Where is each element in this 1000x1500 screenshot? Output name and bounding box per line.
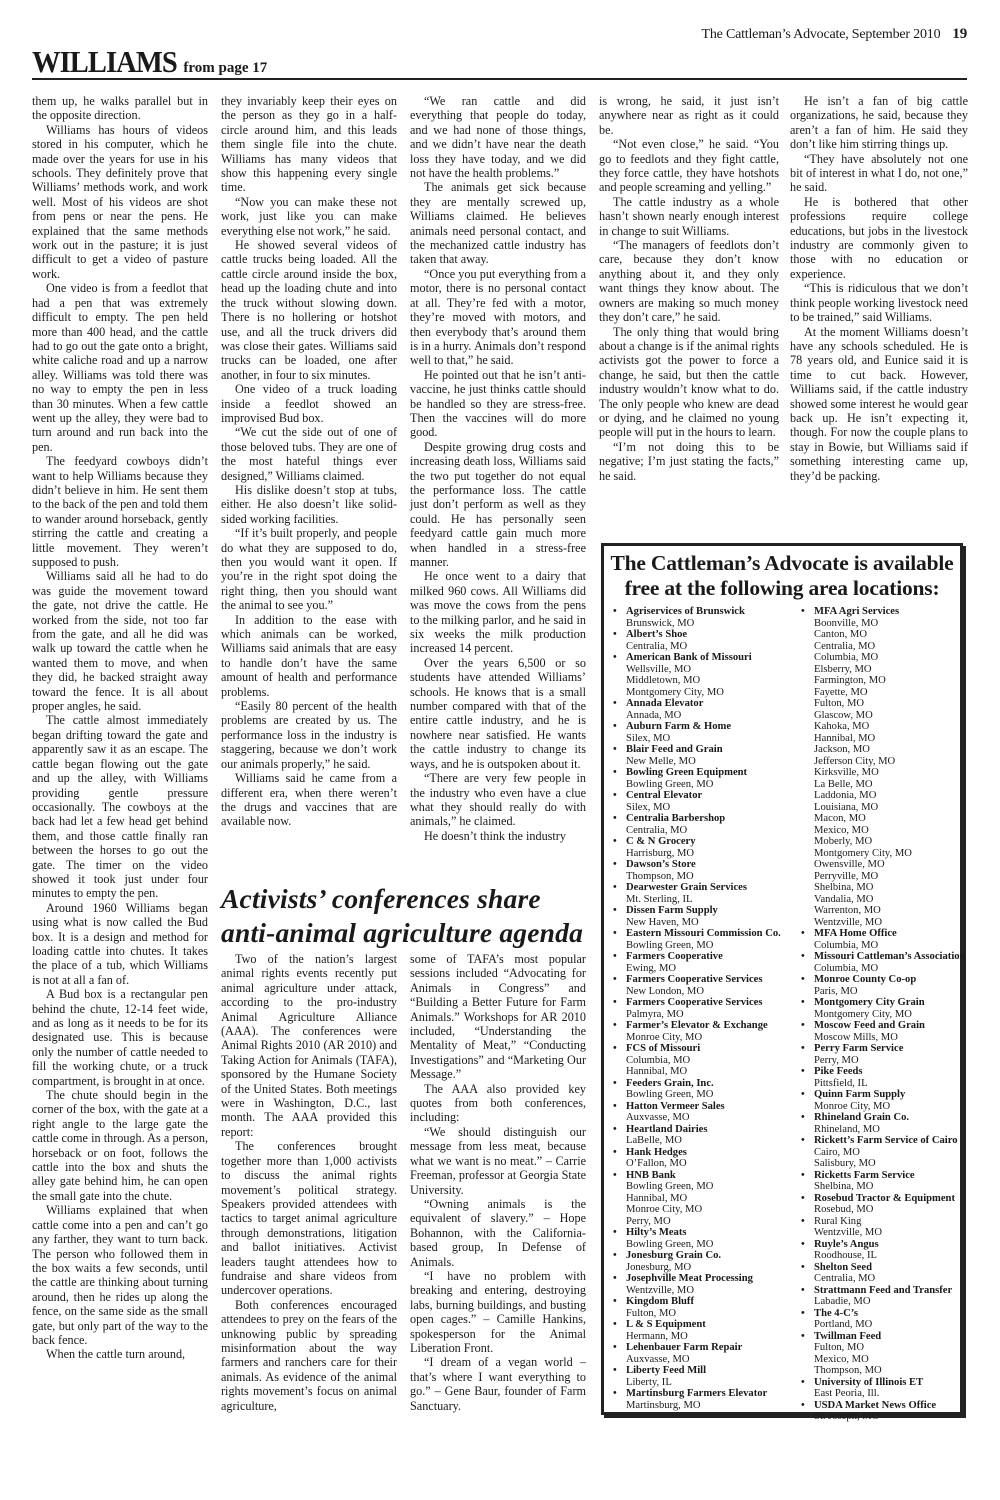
location-item: •Bowling Green EquipmentBowling Green, M… xyxy=(612,767,792,790)
location-name: Blair Feed and Grain xyxy=(626,744,723,755)
location-item: •Moscow Feed and GrainMoscow Mills, MO xyxy=(800,1020,970,1043)
location-item: •Kingdom BluffFulton, MO xyxy=(612,1296,792,1319)
location-city: Annada, MO xyxy=(626,710,792,722)
paragraph: He is bothered that other professions re… xyxy=(790,195,968,281)
paragraph: Around 1960 Williams began using what is… xyxy=(32,901,208,987)
location-city: Rhineland, MO xyxy=(814,1124,970,1136)
location-item: •HNB BankBowling Green, MOHannibal, MOMo… xyxy=(612,1170,792,1228)
paragraph: them up, he walks parallel but in the op… xyxy=(32,94,208,123)
bullet-icon: • xyxy=(801,1170,805,1182)
paragraph: A Bud box is a rectangular pen behind th… xyxy=(32,987,208,1088)
location-city: Owensville, MO xyxy=(814,859,970,871)
location-name: Eastern Missouri Commission Co. xyxy=(626,928,781,939)
location-item: •Jonesburg Grain Co.Jonesburg, MO xyxy=(612,1250,792,1273)
paragraph: The AAA also provided key quotes from bo… xyxy=(410,1082,586,1125)
location-city: Vandalia, MO xyxy=(814,894,970,906)
location-city: Columbia, MO xyxy=(814,963,970,975)
location-name: Bowling Green Equipment xyxy=(626,767,747,778)
location-name: Hilty’s Meats xyxy=(626,1227,687,1238)
paragraph: Two of the nation’s largest animal right… xyxy=(221,952,397,1139)
location-city: Centralia, MO xyxy=(626,641,792,653)
location-name: MFA Home Office xyxy=(814,928,897,939)
location-item: •Josephville Meat ProcessingWentzville, … xyxy=(612,1273,792,1296)
bullet-icon: • xyxy=(801,974,805,986)
bullet-icon: • xyxy=(613,1078,617,1090)
location-city: Boonville, MO xyxy=(814,618,970,630)
location-city: Roodhouse, IL xyxy=(814,1250,970,1262)
location-name: Hatton Vermeer Sales xyxy=(626,1101,725,1112)
location-city: Cairo, MO xyxy=(814,1147,970,1159)
bullet-icon: • xyxy=(801,1043,805,1055)
location-city: Labadie, MO xyxy=(814,1296,970,1308)
location-city: Macon, MO xyxy=(814,813,970,825)
paragraph: One video is from a feedlot that had a p… xyxy=(32,281,208,454)
bullet-icon: • xyxy=(613,1124,617,1136)
location-item: •Farmers Cooperative ServicesNew London,… xyxy=(612,974,792,997)
location-city: Perry, MO xyxy=(626,1216,792,1228)
location-city: Jefferson City, MO xyxy=(814,756,970,768)
bullet-icon: • xyxy=(801,1308,805,1320)
location-name: Rhineland Grain Co. xyxy=(814,1112,909,1123)
paragraph: “Easily 80 percent of the health problem… xyxy=(221,699,397,771)
locations-list-left: •Agriservices of BrunswickBrunswick, MO•… xyxy=(612,606,792,1411)
bullet-icon: • xyxy=(801,1216,805,1228)
location-item: •Farmer’s Elevator & ExchangeMonroe City… xyxy=(612,1020,792,1043)
location-city: Laddonia, MO xyxy=(814,790,970,802)
location-city: Kirksville, MO xyxy=(814,767,970,779)
location-item: •Liberty Feed MillLiberty, IL xyxy=(612,1365,792,1388)
location-item: •Shelton SeedCentralia, MO xyxy=(800,1262,970,1285)
location-name: Martinsburg Farmers Elevator xyxy=(626,1388,767,1399)
location-item: •Dearwester Grain ServicesMt. Sterling, … xyxy=(612,882,792,905)
bullet-icon: • xyxy=(613,1250,617,1262)
location-name: Dissen Farm Supply xyxy=(626,905,718,916)
location-name: Auburn Farm & Home xyxy=(626,721,731,732)
location-name: Jonesburg Grain Co. xyxy=(626,1250,721,1261)
location-name: Perry Farm Service xyxy=(814,1043,903,1054)
paragraph: He pointed out that he isn’t anti-vaccin… xyxy=(410,368,586,440)
location-city: Perry, MO xyxy=(814,1055,970,1067)
location-city: Centralia, MO xyxy=(626,825,792,837)
location-name: Twillman Feed xyxy=(814,1331,881,1342)
location-city: Montgomery City, MO xyxy=(814,1009,970,1021)
location-city: Bowling Green, MO xyxy=(626,1181,792,1193)
location-name: Kingdom Bluff xyxy=(626,1296,694,1307)
paragraph: The feedyard cowboys didn’t want to help… xyxy=(32,454,208,569)
bullet-icon: • xyxy=(801,1400,805,1412)
paragraph: is wrong, he said, it just isn’t anywher… xyxy=(599,94,779,137)
location-city: Auxvasse, MO xyxy=(626,1112,792,1124)
location-name: Moscow Feed and Grain xyxy=(814,1020,925,1031)
location-city: Palmyra, MO xyxy=(626,1009,792,1021)
activists-column-2: some of TAFA’s most popular sessions inc… xyxy=(410,952,586,1413)
bullet-icon: • xyxy=(801,1135,805,1147)
bullet-icon: • xyxy=(801,1262,805,1274)
location-item: •Albert’s ShoeCentralia, MO xyxy=(612,629,792,652)
location-name: Quinn Farm Supply xyxy=(814,1089,905,1100)
location-item: •University of Illinois ETEast Peoria, I… xyxy=(800,1377,970,1400)
location-city: Warrenton, MO xyxy=(814,905,970,917)
bullet-icon: • xyxy=(613,1319,617,1331)
location-city: Thompson, MO xyxy=(814,1365,970,1377)
paragraph: “The managers of feedlots don’t care, be… xyxy=(599,238,779,324)
paragraph: The cattle industry as a whole hasn’t sh… xyxy=(599,195,779,238)
paragraph: Williams said all he had to do was guide… xyxy=(32,569,208,713)
location-name: Monroe County Co-op xyxy=(814,974,916,985)
headline-line-1: Activists’ conferences share xyxy=(221,882,591,916)
location-item: •MFA Home OfficeColumbia, MO xyxy=(800,928,970,951)
paragraph: His dislike doesn’t stop at tubs, either… xyxy=(221,483,397,526)
location-city: New London, MO xyxy=(626,986,792,998)
header-rule xyxy=(32,78,967,80)
page-folio: The Cattleman’s Advocate, September 2010… xyxy=(702,26,968,43)
location-city: Thompson, MO xyxy=(626,871,792,883)
location-item: •C & N GroceryHarrisburg, MO xyxy=(612,836,792,859)
location-item: •Montgomery City GrainMontgomery City, M… xyxy=(800,997,970,1020)
bullet-icon: • xyxy=(613,767,617,779)
location-city: O’Fallon, MO xyxy=(626,1158,792,1170)
location-name: Josephville Meat Processing xyxy=(626,1273,753,1284)
location-item: •Lehenbauer Farm RepairAuxvasse, MO xyxy=(612,1342,792,1365)
location-city: Bowling Green, MO xyxy=(626,779,792,791)
bullet-icon: • xyxy=(801,1285,805,1297)
location-item: •Pike FeedsPittsfield, IL xyxy=(800,1066,970,1089)
location-city: Fulton, MO xyxy=(814,1342,970,1354)
location-name: University of Illinois ET xyxy=(814,1377,923,1388)
paragraph: “We should distinguish our message from … xyxy=(410,1125,586,1197)
continuation-slug: WILLIAMS from page 17 xyxy=(32,44,267,80)
bullet-icon: • xyxy=(613,652,617,664)
location-name: Agriservices of Brunswick xyxy=(626,606,745,617)
location-item: •Martinsburg Farmers ElevatorMartinsburg… xyxy=(612,1388,792,1411)
location-name: Annada Elevator xyxy=(626,698,703,709)
location-city: Columbia, MO xyxy=(626,1055,792,1067)
bullet-icon: • xyxy=(613,1020,617,1032)
location-item: •Twillman FeedFulton, MOMexico, MOThomps… xyxy=(800,1331,970,1377)
paragraph: He isn’t a fan of big cattle organizatio… xyxy=(790,94,968,152)
bullet-icon: • xyxy=(613,1342,617,1354)
page-number: 19 xyxy=(952,26,967,42)
paragraph: He doesn’t think the industry xyxy=(410,829,586,843)
location-item: •Dissen Farm SupplyNew Haven, MO xyxy=(612,905,792,928)
location-city: Canton, MO xyxy=(814,629,970,641)
paragraph: “If it’s built properly, and people do w… xyxy=(221,526,397,612)
location-name: Liberty Feed Mill xyxy=(626,1365,706,1376)
bullet-icon: • xyxy=(613,1101,617,1113)
location-city: Wentzville, MO xyxy=(814,917,970,929)
bullet-icon: • xyxy=(613,882,617,894)
location-item: •MFA Agri ServicesBoonville, MOCanton, M… xyxy=(800,606,970,928)
location-city: Fulton, MO xyxy=(814,698,970,710)
paragraph: When the cattle turn around, xyxy=(32,1347,208,1361)
location-name: Centralia Barbershop xyxy=(626,813,725,824)
paragraph: Williams explained that when cattle come… xyxy=(32,1203,208,1347)
paragraph: “They have absolutely not one bit of int… xyxy=(790,152,968,195)
location-city: Liberty, IL xyxy=(626,1377,792,1389)
locations-box: The Cattleman’s Advocate is available fr… xyxy=(601,543,963,1415)
location-city: Moscow Mills, MO xyxy=(814,1032,970,1044)
location-name: Shelton Seed xyxy=(814,1262,872,1273)
article-column-2: they invariably keep their eyes on the p… xyxy=(221,94,397,829)
location-city: Hannibal, MO xyxy=(626,1193,792,1205)
location-city: Shelbina, MO xyxy=(814,1181,970,1193)
location-name: Strattmann Feed and Transfer xyxy=(814,1285,952,1296)
publication-name: The Cattleman’s Advocate, September 2010 xyxy=(702,27,941,42)
location-name: Missouri Cattleman’s Association xyxy=(814,951,965,962)
location-item: •Annada ElevatorAnnada, MO xyxy=(612,698,792,721)
location-city: Rosebud, MO xyxy=(814,1204,970,1216)
bullet-icon: • xyxy=(613,1388,617,1400)
paragraph: The only thing that would bring about a … xyxy=(599,325,779,440)
bullet-icon: • xyxy=(613,698,617,710)
bullet-icon: • xyxy=(613,905,617,917)
bullet-icon: • xyxy=(801,928,805,940)
locations-title-line-1: The Cattleman’s Advocate is available xyxy=(604,551,960,576)
location-item: •Hank HedgesO’Fallon, MO xyxy=(612,1147,792,1170)
bullet-icon: • xyxy=(613,836,617,848)
paragraph: they invariably keep their eyes on the p… xyxy=(221,94,397,195)
article-column-1: them up, he walks parallel but in the op… xyxy=(32,94,208,1362)
location-city: Harrisburg, MO xyxy=(626,848,792,860)
location-city: Monroe City, MO xyxy=(626,1032,792,1044)
paragraph: some of TAFA’s most popular sessions inc… xyxy=(410,952,586,1082)
location-city: LaBelle, MO xyxy=(626,1135,792,1147)
locations-list-right: •MFA Agri ServicesBoonville, MOCanton, M… xyxy=(800,606,970,1423)
bullet-icon: • xyxy=(613,1227,617,1239)
location-city: Shelbina, MO xyxy=(814,882,970,894)
location-city: Monroe City, MO xyxy=(626,1204,792,1216)
bullet-icon: • xyxy=(801,1193,805,1205)
bullet-icon: • xyxy=(801,1239,805,1251)
bullet-icon: • xyxy=(613,997,617,1009)
location-item: •Quinn Farm SupplyMonroe City, MO xyxy=(800,1089,970,1112)
bullet-icon: • xyxy=(613,1170,617,1182)
location-city: Fulton, MO xyxy=(626,1308,792,1320)
location-city: Jackson, MO xyxy=(814,744,970,756)
location-city: Auxvasse, MO xyxy=(626,1354,792,1366)
paragraph: The animals get sick because they are me… xyxy=(410,180,586,266)
bullet-icon: • xyxy=(613,974,617,986)
location-city: Silex, MO xyxy=(626,733,792,745)
location-item: •USDA Market News OfficeSt. Joseph, MO xyxy=(800,1400,970,1423)
location-name: American Bank of Missouri xyxy=(626,652,752,663)
location-name: Dawson’s Store xyxy=(626,859,696,870)
location-city: Wentzville, MO xyxy=(814,1227,970,1239)
location-name: Ricketts Farm Service xyxy=(814,1170,915,1181)
location-name: L & S Equipment xyxy=(626,1319,706,1330)
location-city: New Melle, MO xyxy=(626,756,792,768)
location-city: Silex, MO xyxy=(626,802,792,814)
location-city: Mexico, MO xyxy=(814,825,970,837)
location-city: New Haven, MO xyxy=(626,917,792,929)
location-city: Brunswick, MO xyxy=(626,618,792,630)
location-name: Rosebud Tractor & Equipment xyxy=(814,1193,955,1204)
location-item: •American Bank of MissouriWellsville, MO… xyxy=(612,652,792,698)
bullet-icon: • xyxy=(613,813,617,825)
location-city: Hannibal, MO xyxy=(814,733,970,745)
location-city: Martinsburg, MO xyxy=(626,1400,792,1412)
location-city: Mexico, MO xyxy=(814,1354,970,1366)
paragraph: Williams said he came from a different e… xyxy=(221,771,397,829)
paragraph: At the moment Williams doesn’t have any … xyxy=(790,325,968,483)
location-name: Montgomery City Grain xyxy=(814,997,925,1008)
bullet-icon: • xyxy=(613,744,617,756)
paragraph: “Not even close,” he said. “You go to fe… xyxy=(599,137,779,195)
bullet-icon: • xyxy=(801,997,805,1009)
location-item: •Central ElevatorSilex, MO xyxy=(612,790,792,813)
location-city: Monroe City, MO xyxy=(814,1101,970,1113)
location-name: Dearwester Grain Services xyxy=(626,882,747,893)
location-city: Moberly, MO xyxy=(814,836,970,848)
location-item: •Hatton Vermeer SalesAuxvasse, MO xyxy=(612,1101,792,1124)
locations-title: The Cattleman’s Advocate is available fr… xyxy=(604,551,960,601)
paragraph: One video of a truck loading inside a fe… xyxy=(221,382,397,425)
location-name: Albert’s Shoe xyxy=(626,629,687,640)
location-city: Mt. Sterling, IL xyxy=(626,894,792,906)
bullet-icon: • xyxy=(801,1331,805,1343)
location-name: Rural King xyxy=(814,1216,861,1227)
slug-title: WILLIAMS xyxy=(32,44,177,80)
location-city: East Peoria, Ill. xyxy=(814,1388,970,1400)
article-headline: Activists’ conferences share anti-animal… xyxy=(221,882,591,950)
location-name: Feeders Grain, Inc. xyxy=(626,1078,714,1089)
paragraph: Williams has hours of videos stored in h… xyxy=(32,123,208,281)
location-item: •FCS of MissouriColumbia, MOHannibal, MO xyxy=(612,1043,792,1078)
location-city: Middletown, MO xyxy=(626,675,792,687)
location-name: Pike Feeds xyxy=(814,1066,863,1077)
bullet-icon: • xyxy=(801,1020,805,1032)
location-city: Wellsville, MO xyxy=(626,664,792,676)
bullet-icon: • xyxy=(613,1365,617,1377)
paragraph: “I dream of a vegan world – that’s where… xyxy=(410,1355,586,1413)
location-city: La Belle, MO xyxy=(814,779,970,791)
location-name: FCS of Missouri xyxy=(626,1043,700,1054)
paragraph: He once went to a dairy that milked 960 … xyxy=(410,569,586,655)
article-column-5: He isn’t a fan of big cattle organizatio… xyxy=(790,94,968,483)
location-name: Ruyle’s Angus xyxy=(814,1239,879,1250)
location-item: •Heartland DairiesLaBelle, MO xyxy=(612,1124,792,1147)
paragraph: The cattle almost immediately began drif… xyxy=(32,713,208,900)
location-item: •Eastern Missouri Commission Co.Bowling … xyxy=(612,928,792,951)
location-item: •Rural KingWentzville, MO xyxy=(800,1216,970,1239)
location-city: Louisiana, MO xyxy=(814,802,970,814)
bullet-icon: • xyxy=(613,1147,617,1159)
bullet-icon: • xyxy=(613,859,617,871)
paragraph: He showed several videos of cattle truck… xyxy=(221,238,397,382)
location-item: •Blair Feed and GrainNew Melle, MO xyxy=(612,744,792,767)
location-name: Hank Hedges xyxy=(626,1147,687,1158)
location-city: St. Joseph, MO xyxy=(814,1411,970,1423)
location-item: •Rickett’s Farm Service of CairoCairo, M… xyxy=(800,1135,970,1170)
location-item: •Auburn Farm & HomeSilex, MO xyxy=(612,721,792,744)
location-item: •Centralia BarbershopCentralia, MO xyxy=(612,813,792,836)
bullet-icon: • xyxy=(801,1066,805,1078)
location-city: Jonesburg, MO xyxy=(626,1262,792,1274)
paragraph: In addition to the ease with which anima… xyxy=(221,613,397,699)
paragraph: “Owning animals is the equivalent of sla… xyxy=(410,1197,586,1269)
location-item: •Missouri Cattleman’s AssociationColumbi… xyxy=(800,951,970,974)
paragraph: “Once you put everything from a motor, t… xyxy=(410,267,586,368)
location-city: Montgomery City, MO xyxy=(814,848,970,860)
location-item: •Farmers Cooperative ServicesPalmyra, MO xyxy=(612,997,792,1020)
location-name: Lehenbauer Farm Repair xyxy=(626,1342,742,1353)
location-item: •Farmers CooperativeEwing, MO xyxy=(612,951,792,974)
location-item: •Monroe County Co-opParis, MO xyxy=(800,974,970,997)
location-name: C & N Grocery xyxy=(626,836,696,847)
location-city: Centralia, MO xyxy=(814,641,970,653)
location-city: Elsberry, MO xyxy=(814,664,970,676)
activists-column-1: Two of the nation’s largest animal right… xyxy=(221,952,397,1413)
bullet-icon: • xyxy=(613,951,617,963)
location-city: Kahoka, MO xyxy=(814,721,970,733)
article-column-4: is wrong, he said, it just isn’t anywher… xyxy=(599,94,779,483)
location-city: Bowling Green, MO xyxy=(626,940,792,952)
location-city: Pittsfield, IL xyxy=(814,1078,970,1090)
bullet-icon: • xyxy=(801,951,805,963)
location-city: Hannibal, MO xyxy=(626,1066,792,1078)
location-city: Columbia, MO xyxy=(814,652,970,664)
location-name: Rickett’s Farm Service of Cairo xyxy=(814,1135,958,1146)
paragraph: “We cut the side out of one of those bel… xyxy=(221,425,397,483)
location-name: Heartland Dairies xyxy=(626,1124,708,1135)
paragraph: The chute should begin in the corner of … xyxy=(32,1088,208,1203)
location-name: The 4-C’s xyxy=(814,1308,858,1319)
slug-subtitle: from page 17 xyxy=(183,60,267,76)
location-name: Farmers Cooperative Services xyxy=(626,997,763,1008)
paragraph: “We ran cattle and did everything that p… xyxy=(410,94,586,180)
paragraph: Over the years 6,500 or so students have… xyxy=(410,656,586,771)
location-item: •Hilty’s MeatsBowling Green, MO xyxy=(612,1227,792,1250)
bullet-icon: • xyxy=(613,1296,617,1308)
location-item: •Strattmann Feed and TransferLabadie, MO xyxy=(800,1285,970,1308)
bullet-icon: • xyxy=(613,1043,617,1055)
headline-line-2: anti-animal agriculture agenda xyxy=(221,916,591,950)
location-city: Salisbury, MO xyxy=(814,1158,970,1170)
article-column-3: “We ran cattle and did everything that p… xyxy=(410,94,586,843)
location-item: •Perry Farm ServicePerry, MO xyxy=(800,1043,970,1066)
bullet-icon: • xyxy=(613,1273,617,1285)
location-city: Centralia, MO xyxy=(814,1273,970,1285)
paragraph: “Now you can make these not work, just l… xyxy=(221,195,397,238)
location-city: Farmington, MO xyxy=(814,675,970,687)
paragraph: “This is ridiculous that we don’t think … xyxy=(790,281,968,324)
locations-title-line-2: free at the following area locations: xyxy=(604,576,960,601)
bullet-icon: • xyxy=(613,928,617,940)
bullet-icon: • xyxy=(613,629,617,641)
location-city: Hermann, MO xyxy=(626,1331,792,1343)
location-name: Farmers Cooperative Services xyxy=(626,974,763,985)
bullet-icon: • xyxy=(613,721,617,733)
location-item: •Ruyle’s AngusRoodhouse, IL xyxy=(800,1239,970,1262)
location-city: Paris, MO xyxy=(814,986,970,998)
location-item: •Ricketts Farm ServiceShelbina, MO xyxy=(800,1170,970,1193)
location-item: •Feeders Grain, Inc.Bowling Green, MO xyxy=(612,1078,792,1101)
location-city: Bowling Green, MO xyxy=(626,1239,792,1251)
location-name: HNB Bank xyxy=(626,1170,676,1181)
location-city: Wentzville, MO xyxy=(626,1285,792,1297)
location-item: •The 4-C’sPortland, MO xyxy=(800,1308,970,1331)
location-item: •L & S EquipmentHermann, MO xyxy=(612,1319,792,1342)
paragraph: The conferences brought together more th… xyxy=(221,1139,397,1297)
location-item: •Agriservices of BrunswickBrunswick, MO xyxy=(612,606,792,629)
location-city: Bowling Green, MO xyxy=(626,1089,792,1101)
bullet-icon: • xyxy=(613,606,617,618)
location-city: Perryville, MO xyxy=(814,871,970,883)
location-city: Glascow, MO xyxy=(814,710,970,722)
paragraph: “I have no problem with breaking and ent… xyxy=(410,1269,586,1355)
paragraph: “I’m not doing this to be negative; I’m … xyxy=(599,440,779,483)
location-name: Central Elevator xyxy=(626,790,702,801)
